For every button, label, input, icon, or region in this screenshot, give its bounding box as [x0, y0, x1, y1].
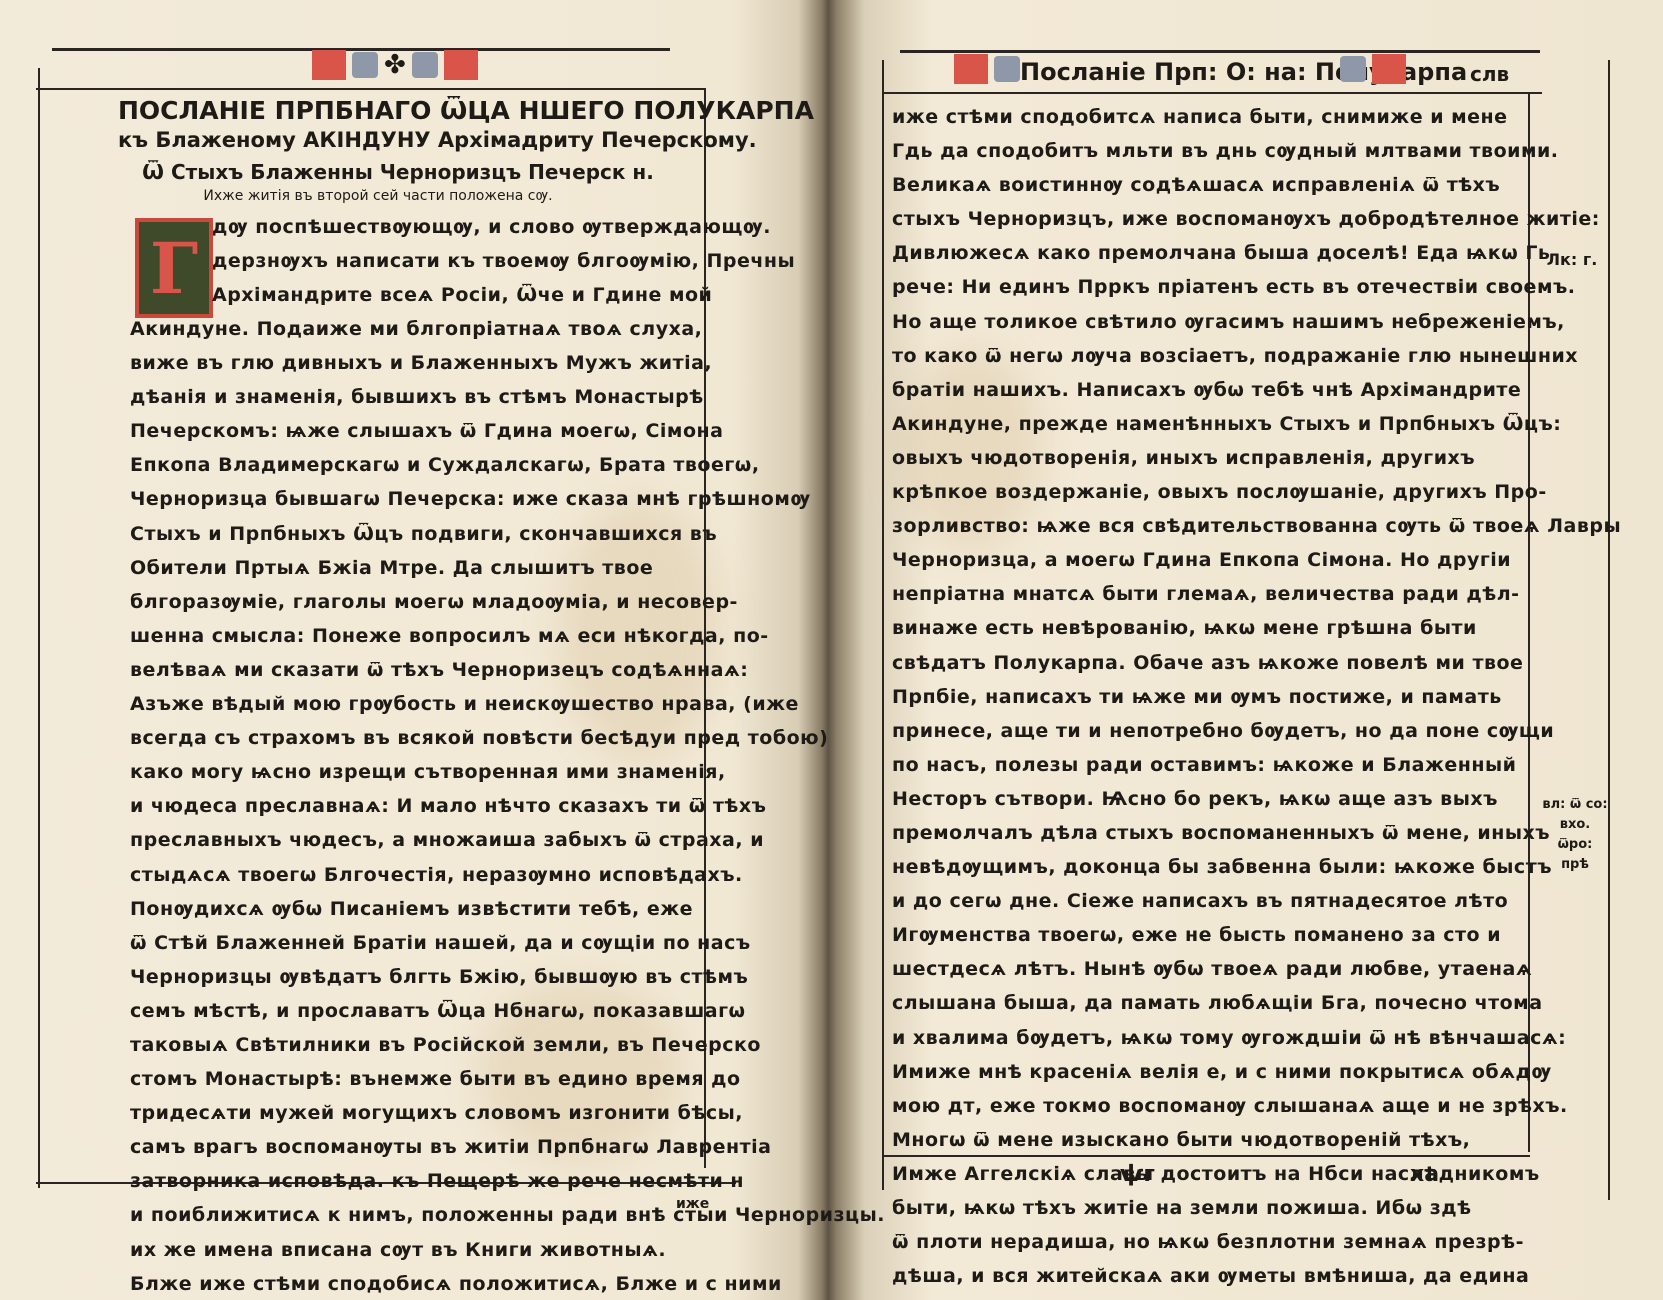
text-line: непріатна мнатсѧ быти глемаѧ, величества… — [892, 577, 1621, 611]
margin-note: Лк: г. — [1542, 250, 1602, 270]
text-line: Гдь да сподобитъ мльти въ днь сѹдный млт… — [892, 134, 1621, 168]
title-line: Ѿ Стыхъ Блаженны Черноризцъ Печерск н. — [118, 160, 678, 184]
text-line: Черноризца, а моегѡ Гдина Епкопа Сімона.… — [892, 543, 1621, 577]
text-line: и поиближитисѧ к нимъ, положенны ради вн… — [130, 1198, 885, 1232]
top-rule — [900, 50, 1540, 53]
text-line: Дивлюжесѧ како премолчана быша доселѣ! Е… — [892, 236, 1621, 270]
blue-ornament-icon — [352, 52, 378, 78]
title-line: къ Блаженому АКІНДУНУ Архімадриту Печерс… — [118, 128, 708, 152]
text-line: их же имена вписана сѹт въ Книги животны… — [130, 1233, 885, 1267]
text-line: мою дт, еже токмо воспоманѹ слышанаѧ аще… — [892, 1089, 1621, 1123]
text-line: како могу ѩсно изрещи сътворенная ими зн… — [130, 755, 885, 789]
text-line: блгоразѹміе, глаголы моегѡ младоѹміа, и … — [130, 585, 885, 619]
title-line: ПОСЛАНІЕ ПРПБНАГО ѾЦА НШЕГО ПОЛУКАРПА — [118, 96, 708, 125]
text-line: преславныхъ чюдесъ, а множаиша забыхъ ѿ … — [130, 823, 885, 857]
text-line: Несторъ сътвори. Ѩсно бо рекъ, ѩкѡ аще а… — [892, 782, 1621, 816]
text-line: Черноризцы ѹвѣдатъ блгть Бжію, бывшѹю въ… — [130, 960, 885, 994]
text-line: ѿ плоти нерадиша, но ѩкѡ безплотни земна… — [892, 1225, 1621, 1259]
text-line: затворника исповѣда. къ Пещерѣ же рече н… — [130, 1164, 885, 1198]
text-line: Прпбіе, написахъ ти ѩже ми ѹмъ постиже, … — [892, 680, 1621, 714]
red-block-icon — [954, 54, 988, 84]
text-line: Черноризца бывшагѡ Печерска: иже сказа м… — [130, 482, 885, 516]
right-page: Посланіе Прп: О: на: Полукарпа слв иже с… — [830, 0, 1663, 1300]
text-line: всегда съ страхомъ въ всякой повѣсти бес… — [130, 721, 885, 755]
text-line: дѣанія и знаменія, бывшихъ въ стѣмъ Мона… — [130, 380, 885, 414]
text-line: рече: Ни единъ Прркъ пріатенъ есть въ от… — [892, 270, 1621, 304]
text-line: Епкопа Владимерскагѡ и Суждалскагѡ, Брат… — [130, 448, 885, 482]
text-line: Имже Аггелскіѧ славы достоитъ на Нбси на… — [892, 1157, 1621, 1191]
blue-ornament-icon — [412, 52, 438, 78]
text-line: Великаѧ воистиннѹ содѣѧшасѧ исправленіѧ … — [892, 168, 1621, 202]
header-ornament-left — [954, 54, 1020, 84]
text-line: стыдѧсѧ твоегѡ Блгочестія, неразѹмно исп… — [130, 858, 885, 892]
text-line: Акиндуне, прежде наменѣнныхъ Стыхъ и Прп… — [892, 407, 1621, 441]
text-line: принесе, аще ти и непотребно бѹдетъ, но … — [892, 714, 1621, 748]
text-line: шенна смысла: Понеже вопросилъ мѧ еси нѣ… — [130, 619, 885, 653]
body-text-indented: дѹ поспѣшествѹющѹ, и слово ѹтверждающѹ. … — [212, 210, 795, 312]
text-line: Печерскомъ: ѩже слышахъ ѿ Гдина моегѡ, С… — [130, 414, 885, 448]
catchword: иже — [676, 1196, 709, 1212]
frame-top-rule — [882, 92, 1542, 94]
text-line: то како ѿ негѡ лѹча возсіаетъ, подражані… — [892, 339, 1621, 373]
text-line: Блже иже стѣми сподобисѧ положитисѧ, Блж… — [130, 1267, 885, 1300]
text-line: стыхъ Черноризцъ, иже воспоманѹхъ доброд… — [892, 202, 1621, 236]
text-line: самъ врагъ воспоманѹты въ житіи Прпбнагѡ… — [130, 1130, 885, 1164]
text-line: Многѡ ѿ мене изыскано быти чюдотвореній … — [892, 1123, 1621, 1157]
red-block-icon — [1372, 54, 1406, 84]
decorated-initial: Г — [135, 218, 213, 318]
header-ornament-right — [1340, 54, 1406, 84]
text-line: Архімандрите всеѧ Росіи, Ѿче и Гдине мой — [212, 278, 795, 312]
folio-number: слв — [1470, 62, 1509, 86]
text-line: дѣша, и вся житейскаѧ аки ѹметы вмѣниша,… — [892, 1259, 1621, 1293]
text-line: невѣдѹщимъ, доконца бы забвенна были: ѩк… — [892, 850, 1621, 884]
text-line: велѣваѧ ми сказати ѿ тѣхъ Черноризецъ со… — [130, 653, 885, 687]
text-line: иже стѣми сподобитсѧ написа быти, снимиж… — [892, 100, 1621, 134]
text-line: и хвалима бѹдетъ, ѩкѡ тому ѹгождшіи ѿ нѣ… — [892, 1021, 1621, 1055]
margin-note: вл: ѿ со: вхо. ѿро: прѣ — [1542, 795, 1608, 875]
body-text: иже стѣми сподобитсѧ написа быти, снимиж… — [892, 100, 1621, 1293]
text-line: премолчалъ дѣла стыхъ воспоманенныхъ ѿ м… — [892, 816, 1621, 850]
body-text: Акиндуне. Подаиже ми блгопріатнаѧ твоѧ с… — [130, 312, 885, 1300]
frame-left-rule — [38, 68, 40, 1188]
text-line: быти, ѩкѡ тѣхъ житіе на земли пожиша. Иб… — [892, 1191, 1621, 1225]
blue-ornament-icon — [994, 56, 1020, 82]
text-line: таковыѧ Свѣтилники въ Російской земли, в… — [130, 1028, 885, 1062]
text-line: Но аще толикое свѣтило ѹгасимъ нашимъ не… — [892, 305, 1621, 339]
text-line: стомъ Монастырѣ: вънемже быти въ едино в… — [130, 1062, 885, 1096]
text-line: шестдесѧ лѣтъ. Нынѣ ѹбѡ твоеѧ ради любве… — [892, 952, 1621, 986]
text-line: виже въ глю дивныхъ и Блаженныхъ Мужъ жи… — [130, 346, 885, 380]
catchword: ха — [1410, 1162, 1439, 1187]
text-line: овыхъ чюдотворенія, иныхъ исправленія, д… — [892, 441, 1621, 475]
text-line: зорливство: ѩже вся свѣдительствованна с… — [892, 509, 1621, 543]
text-line: дерзнѹхъ написати къ твоемѹ блгоѹмію, Пр… — [212, 244, 795, 278]
text-line: Азъже вѣдый мою грѹбость и неискѹшество … — [130, 687, 885, 721]
frame-left-rule — [882, 60, 884, 1190]
text-line: Понѹдихсѧ ѹбѡ Писаніемъ извѣстити тебѣ, … — [130, 892, 885, 926]
text-line: тридесѧти мужей могущихъ словомъ изгонит… — [130, 1096, 885, 1130]
frame-top-rule — [36, 88, 704, 90]
fleuron-icon: ✤ — [384, 52, 406, 78]
red-block-icon — [444, 50, 478, 80]
text-line: по насъ, полезы ради оставимъ: ѩкоже и Б… — [892, 748, 1621, 782]
text-line: Обители Пртыѧ Бжіа Мтре. Да слышитъ твое — [130, 551, 885, 585]
header-ornament: ✤ — [312, 50, 478, 80]
text-line: семъ мѣстѣ, и прославатъ Ѿца Нбнагѡ, пок… — [130, 994, 885, 1028]
text-line: винаже есть невѣрованію, ѩкѡ мене грѣшна… — [892, 611, 1621, 645]
text-line: слышана быша, да памать любѧщіи Бга, поч… — [892, 986, 1621, 1020]
text-line: Имиже мнѣ красеніѧ велія е, и с ними пок… — [892, 1055, 1621, 1089]
text-line: Акиндуне. Подаиже ми блгопріатнаѧ твоѧ с… — [130, 312, 885, 346]
text-line: братіи нашихъ. Написахъ ѹбѡ тебѣ чнѣ Арх… — [892, 373, 1621, 407]
text-line: свѣдатъ Полукарпа. Обаче азъ ѩкоже повел… — [892, 646, 1621, 680]
text-line: дѹ поспѣшествѹющѹ, и слово ѹтверждающѹ. — [212, 210, 795, 244]
signature-mark: ѱг — [1120, 1162, 1155, 1187]
text-line: и до сегѡ дне. Сіеже написахъ въ пятнаде… — [892, 884, 1621, 918]
red-block-icon — [312, 50, 346, 80]
text-line: и чюдеса преславнаѧ: И мало нѣчто сказах… — [130, 789, 885, 823]
text-line: ѿ Стѣй Блаженней Братіи нашей, да и сѹщі… — [130, 926, 885, 960]
text-line: Игѹменства твоегѡ, еже не бысть поманено… — [892, 918, 1621, 952]
text-line: Стыхъ и Прпбныхъ Ѿцъ подвиги, скончавших… — [130, 517, 885, 551]
blue-ornament-icon — [1340, 56, 1366, 82]
left-page: ✤ ПОСЛАНІЕ ПРПБНАГО ѾЦА НШЕГО ПОЛУКАРПА … — [0, 0, 800, 1300]
text-line: крѣпкое воздержаніе, овыхъ послѹшаніе, д… — [892, 475, 1621, 509]
subtitle-line: Ихже житія въ второй сей части положена … — [118, 188, 638, 204]
